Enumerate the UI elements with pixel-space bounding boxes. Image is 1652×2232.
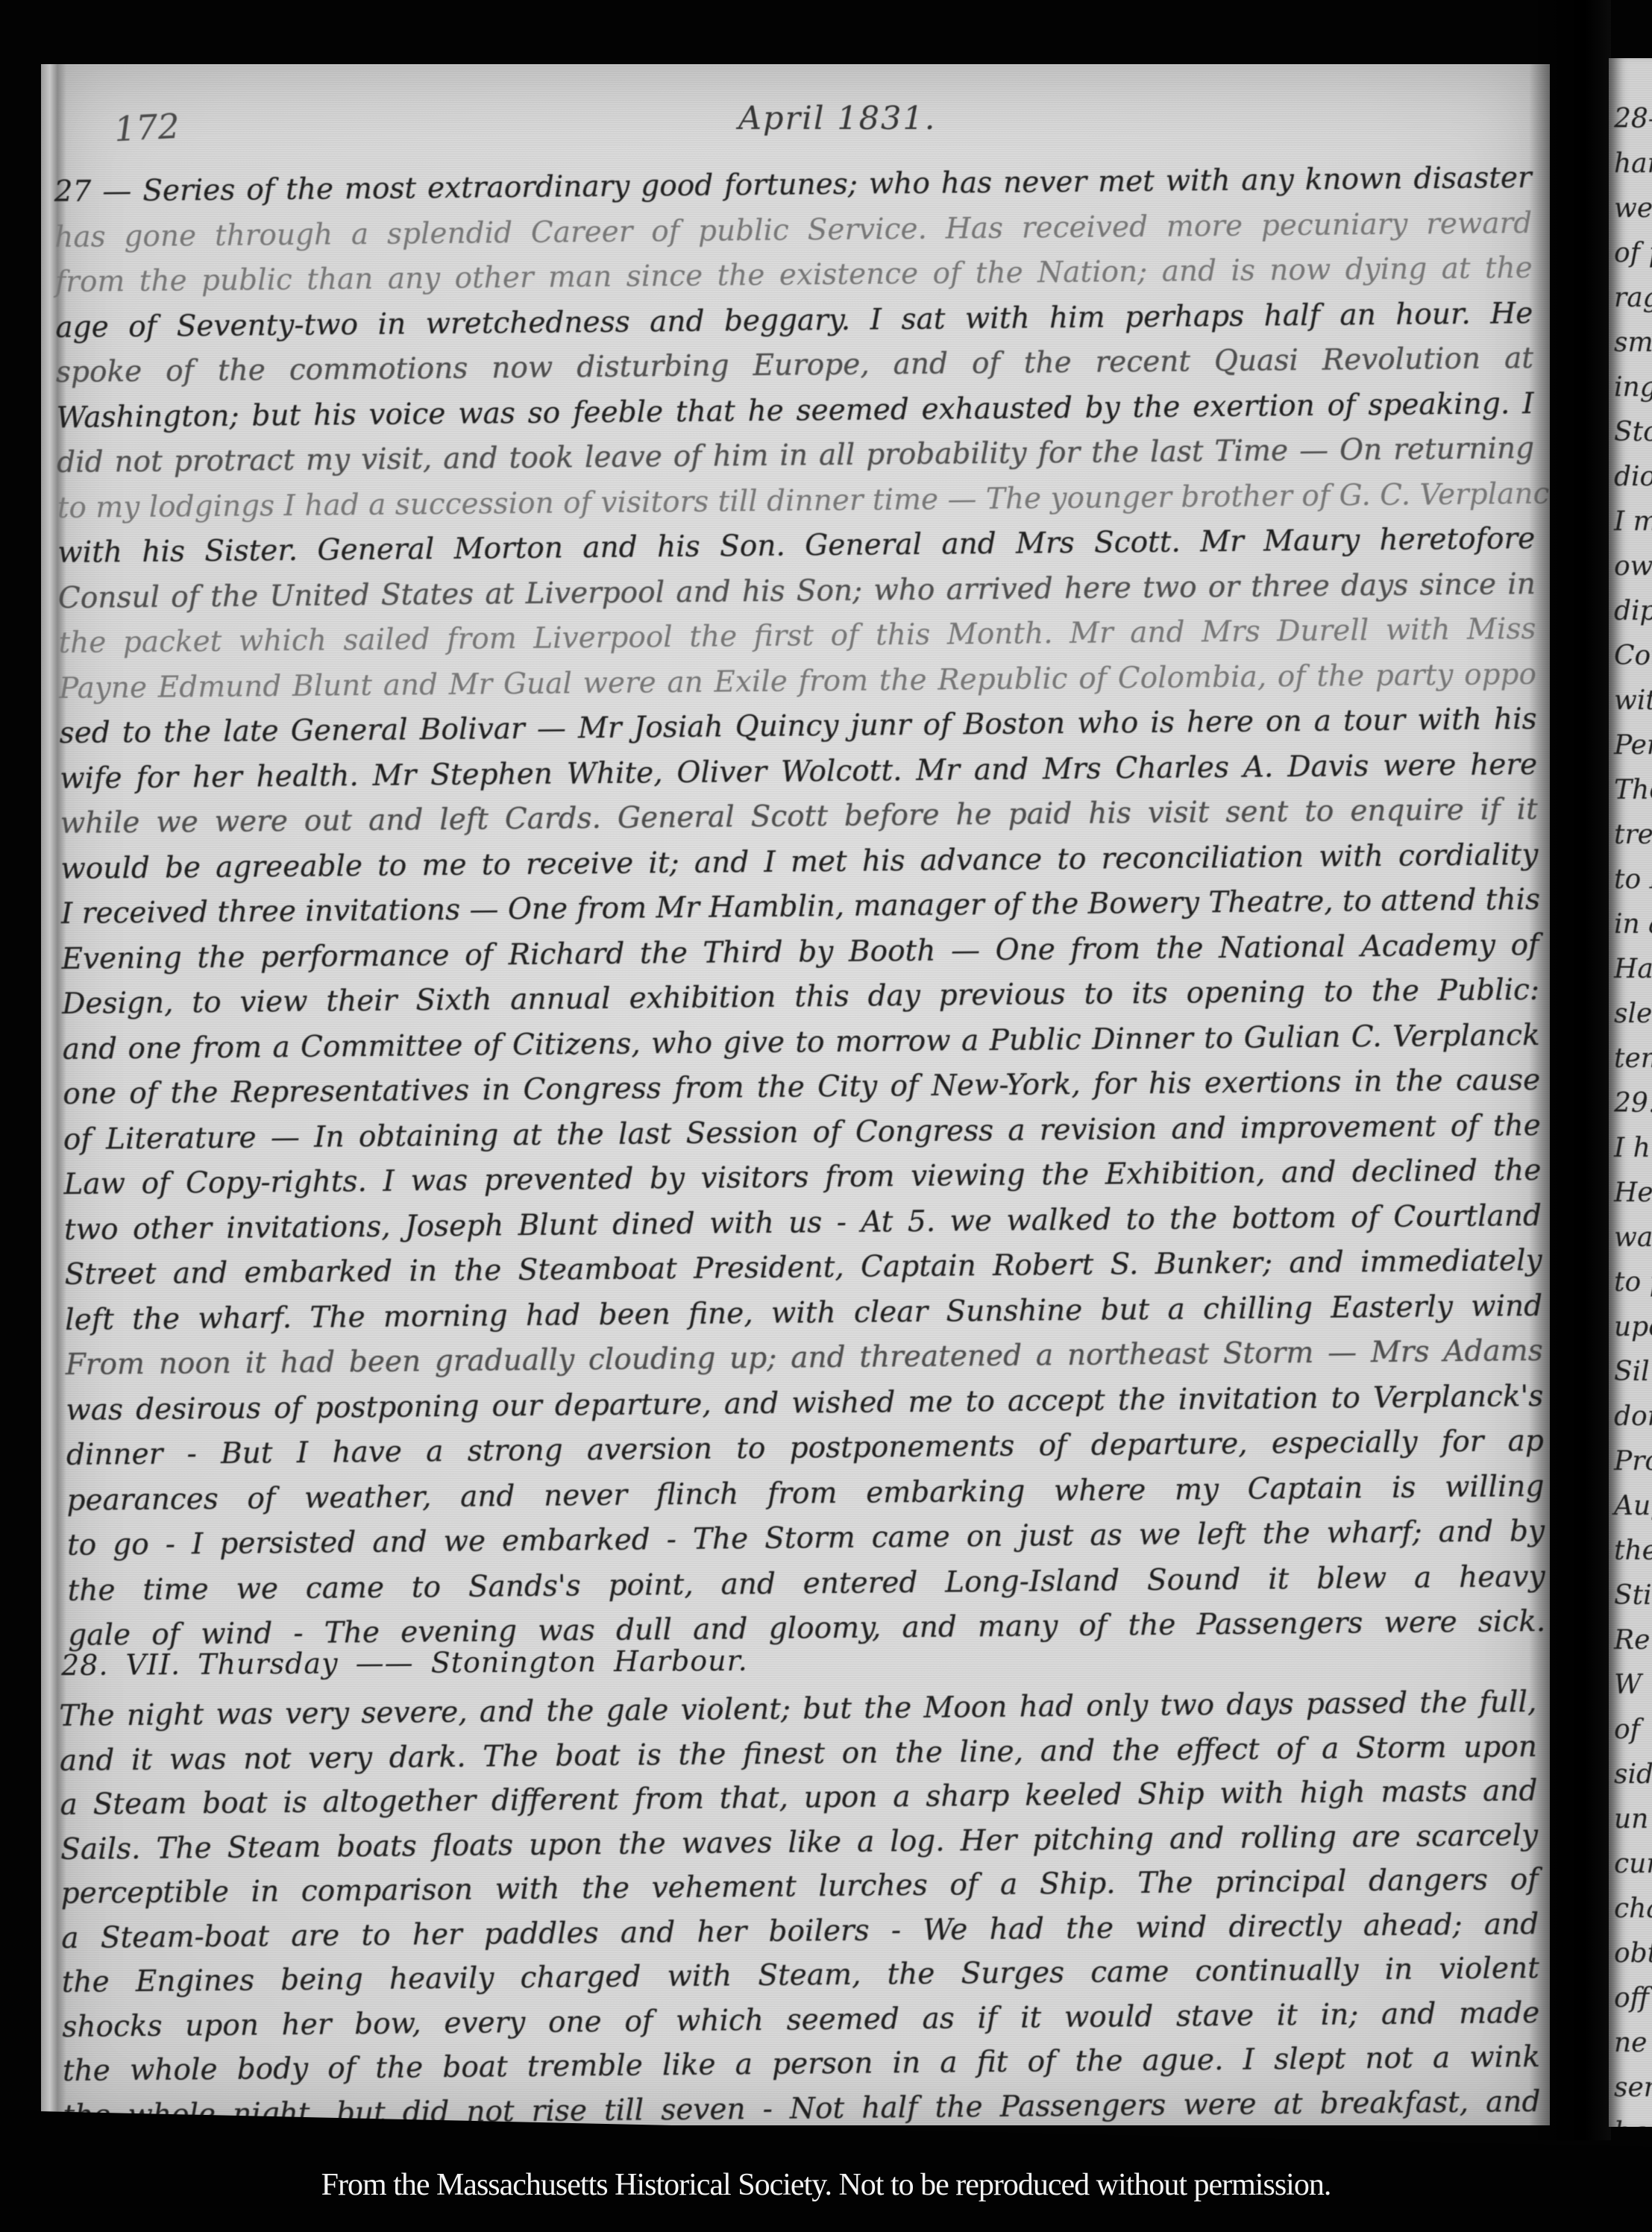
book-gutter: [1529, 0, 1611, 2140]
next-page-text-fragment: 29.: [1609, 1081, 1652, 1126]
next-page-text-fragment: off: [1609, 1976, 1652, 2021]
next-page-text-fragment: wit: [1609, 679, 1652, 723]
next-page-text-fragment: don: [1609, 1395, 1652, 1439]
next-page-text-fragment: He: [1609, 1171, 1652, 1216]
page-date-header: April 1831.: [738, 100, 936, 137]
next-page-text-fragment: ha: [1609, 2110, 1652, 2127]
next-page-text-fragment: to M: [1609, 858, 1652, 902]
page-number: 172: [113, 106, 181, 150]
next-page-text-fragment: cha: [1609, 1887, 1652, 1931]
next-page-text-fragment: Hav: [1609, 947, 1652, 992]
next-page-text-fragment: to p: [1609, 1260, 1652, 1305]
next-page-text-fragment: ser: [1609, 2066, 1652, 2110]
next-page-text-fragment: 28—: [1609, 97, 1652, 142]
next-page-text-fragment: of: [1609, 1708, 1652, 1752]
next-page-text-fragment: har: [1609, 142, 1652, 186]
next-page-text-fragment: of p: [1609, 231, 1652, 276]
next-page-text-fragment: The: [1609, 768, 1652, 813]
next-page-text-fragment: dip: [1609, 589, 1652, 634]
next-page-text-fragment: was: [1609, 1216, 1652, 1260]
next-page-text-fragment: I h: [1609, 1126, 1652, 1171]
next-page-text-fragment: ne: [1609, 2021, 1652, 2066]
next-page-edge: 28—harwerof pragsmaingStordioI mowndipCo…: [1609, 58, 1652, 2127]
diary-page: 172 April 1831. 27 — Series of the most …: [41, 64, 1550, 2125]
next-page-text-fragment: Sil: [1609, 1350, 1652, 1395]
next-page-text-fragment: ing: [1609, 365, 1652, 410]
next-page-text-fragment: Cott: [1609, 634, 1652, 679]
next-page-text-fragment: un: [1609, 1797, 1652, 1842]
next-page-text-fragment: dio: [1609, 455, 1652, 500]
next-page-text-fragment: rag: [1609, 276, 1652, 321]
next-page-text-fragment: wer: [1609, 186, 1652, 231]
next-page-text-fragment: W: [1609, 1663, 1652, 1708]
next-page-text-fragment: the: [1609, 1529, 1652, 1574]
next-page-text-fragment: Stor: [1609, 410, 1652, 455]
next-page-text-fragment: upo: [1609, 1305, 1652, 1350]
next-page-text-fragment: sma: [1609, 321, 1652, 365]
next-page-text-fragment: cur: [1609, 1842, 1652, 1887]
entry-april-27: 27 — Series of the most extraordinary go…: [54, 156, 1545, 1659]
archive-caption: From the Massachusetts Historical Societ…: [0, 2167, 1652, 2203]
next-page-text-fragment: Re: [1609, 1618, 1652, 1663]
next-page-text-fragment: slep: [1609, 992, 1652, 1037]
next-page-text-fragment: own: [1609, 544, 1652, 589]
next-page-text-fragment: in a: [1609, 902, 1652, 947]
next-page-text-fragment: sid: [1609, 1752, 1652, 1797]
next-page-text-fragment: Pro: [1609, 1439, 1652, 1484]
next-page-text-fragment: ten: [1609, 1037, 1652, 1081]
entry-april-28-heading: 28. VII. Thursday —— Stonington Harbour.: [61, 1644, 748, 1682]
next-page-text-fragment: tre: [1609, 813, 1652, 858]
next-page-text-fragment: obt: [1609, 1931, 1652, 1976]
next-page-text-fragment: Sti: [1609, 1574, 1652, 1618]
entry-april-28: The night was very severe, and the gale …: [59, 1680, 1541, 2125]
next-page-text-fragment: I m: [1609, 500, 1652, 544]
next-page-text-fragment: Aug: [1609, 1484, 1652, 1529]
next-page-text-fragment: Perk: [1609, 723, 1652, 768]
